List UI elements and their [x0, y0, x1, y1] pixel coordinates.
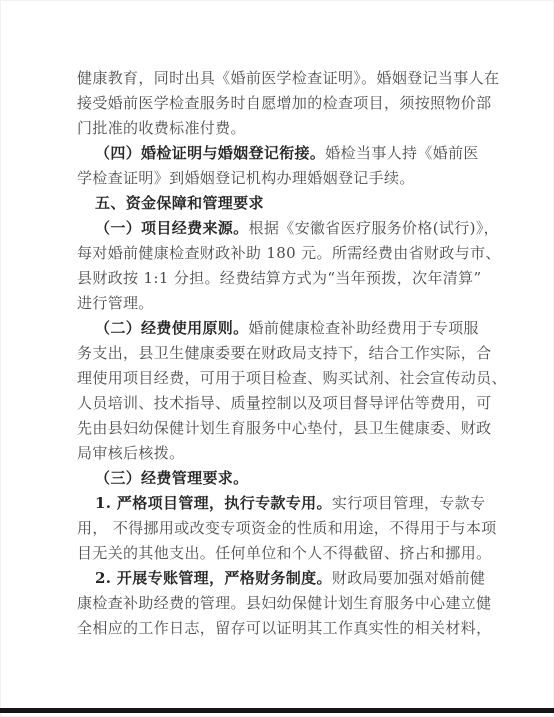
text-line: 目无关的其他支出。任何单位和个人不得截留、挤占和挪用。 [77, 541, 509, 566]
text-line: 局审核后核拨。 [77, 441, 509, 466]
text-line: 康检查补助经费的管理。县妇幼保健计划生育服务中心建立健 [77, 591, 509, 616]
text-line: 理使用项目经费，可用于项目检查、购买试剂、社会宣传动员、 [77, 366, 509, 391]
bold-text-segment: 2. 开展专账管理，严格财务制度。 [95, 569, 332, 587]
text-segment: 局审核后核拨。 [77, 444, 184, 462]
bold-text-segment: （三）经费管理要求。 [95, 469, 249, 487]
text-line: 接受婚前医学检查服务时自愿增加的检查项目，须按照物价部 [77, 91, 509, 116]
text-segment: 理使用项目经费，可用于项目检查、购买试剂、社会宣传动员、 [77, 369, 507, 387]
bold-text-segment: 1. 严格项目管理，执行专款专用。 [95, 494, 332, 512]
text-line: 健康教育，同时出具《婚前医学检查证明》。婚姻登记当事人在 [77, 66, 509, 91]
text-segment: 目无关的其他支出。任何单位和个人不得截留、挤占和挪用。 [77, 544, 491, 562]
text-segment: 财政局要加强对婚前健 [332, 569, 486, 587]
text-segment: 县财政按 1:1 分担。经费结算方式为“当年预拨，次年清算” [77, 269, 482, 287]
scan-bottom-edge [0, 708, 554, 713]
bold-text-segment: 五、资金保障和管理要求 [95, 194, 264, 212]
text-segment: 用， 不得挪用或改变专项资金的性质和用途，不得用于与本项 [77, 519, 497, 537]
text-line: 全相应的工作日志，留存可以证明其工作真实性的相关材料， [77, 616, 509, 641]
text-line: 门批准的收费标准付费。 [77, 116, 509, 141]
text-line: 进行管理。 [77, 291, 509, 316]
text-segment: 实行项目管理，专款专 [332, 494, 486, 512]
text-line: 每对婚前健康检查财政补助 180 元。所需经费由省财政与市、 [77, 241, 509, 266]
bold-text-segment: （四）婚检证明与婚姻登记衔接。 [95, 144, 325, 162]
text-line: 1. 严格项目管理，执行专款专用。实行项目管理，专款专 [77, 491, 509, 516]
text-segment: 婚前健康检查补助经费用于专项服 [249, 319, 479, 337]
text-segment: 每对婚前健康检查财政补助 180 元。所需经费由省财政与市、 [77, 244, 501, 262]
text-line: （四）婚检证明与婚姻登记衔接。婚检当事人持《婚前医 [77, 141, 509, 166]
text-segment: 根据《安徽省医疗服务价格(试行)》， [249, 219, 500, 237]
document-body: 健康教育，同时出具《婚前医学检查证明》。婚姻登记当事人在接受婚前医学检查服务时自… [77, 66, 509, 641]
text-segment: 婚检当事人持《婚前医 [325, 144, 479, 162]
text-line: 用， 不得挪用或改变专项资金的性质和用途，不得用于与本项 [77, 516, 509, 541]
text-line: 务支出，县卫生健康委要在财政局支持下，结合工作实际，合 [77, 341, 509, 366]
text-segment: 健康教育，同时出具《婚前医学检查证明》。婚姻登记当事人在 [77, 69, 499, 87]
document-page: 健康教育，同时出具《婚前医学检查证明》。婚姻登记当事人在接受婚前医学检查服务时自… [0, 0, 554, 717]
bold-text-segment: （二）经费使用原则。 [95, 319, 249, 337]
text-line: 五、资金保障和管理要求 [77, 191, 509, 216]
text-line: 先由县妇幼保健计划生育服务中心垫付，县卫生健康委、财政 [77, 416, 509, 441]
text-line: （三）经费管理要求。 [77, 466, 509, 491]
bold-text-segment: （一）项目经费来源。 [95, 219, 249, 237]
text-segment: 接受婚前医学检查服务时自愿增加的检查项目，须按照物价部 [77, 94, 491, 112]
text-segment: 全相应的工作日志，留存可以证明其工作真实性的相关材料， [77, 619, 491, 637]
text-line: （一）项目经费来源。根据《安徽省医疗服务价格(试行)》， [77, 216, 509, 241]
text-line: 人员培训、技术指导、质量控制以及项目督导评估等费用，可 [77, 391, 509, 416]
text-line: 县财政按 1:1 分担。经费结算方式为“当年预拨，次年清算” [77, 266, 509, 291]
text-segment: 门批准的收费标准付费。 [77, 119, 246, 137]
text-segment: 人员培训、技术指导、质量控制以及项目督导评估等费用，可 [77, 394, 491, 412]
text-line: （二）经费使用原则。婚前健康检查补助经费用于专项服 [77, 316, 509, 341]
text-segment: 康检查补助经费的管理。县妇幼保健计划生育服务中心建立健 [77, 594, 491, 612]
text-segment: 先由县妇幼保健计划生育服务中心垫付，县卫生健康委、财政 [77, 419, 491, 437]
text-line: 学检查证明》到婚姻登记机构办理婚姻登记手续。 [77, 166, 509, 191]
text-segment: 学检查证明》到婚姻登记机构办理婚姻登记手续。 [77, 169, 415, 187]
text-segment: 务支出，县卫生健康委要在财政局支持下，结合工作实际，合 [77, 344, 491, 362]
text-line: 2. 开展专账管理，严格财务制度。财政局要加强对婚前健 [77, 566, 509, 591]
text-segment: 进行管理。 [77, 294, 154, 312]
